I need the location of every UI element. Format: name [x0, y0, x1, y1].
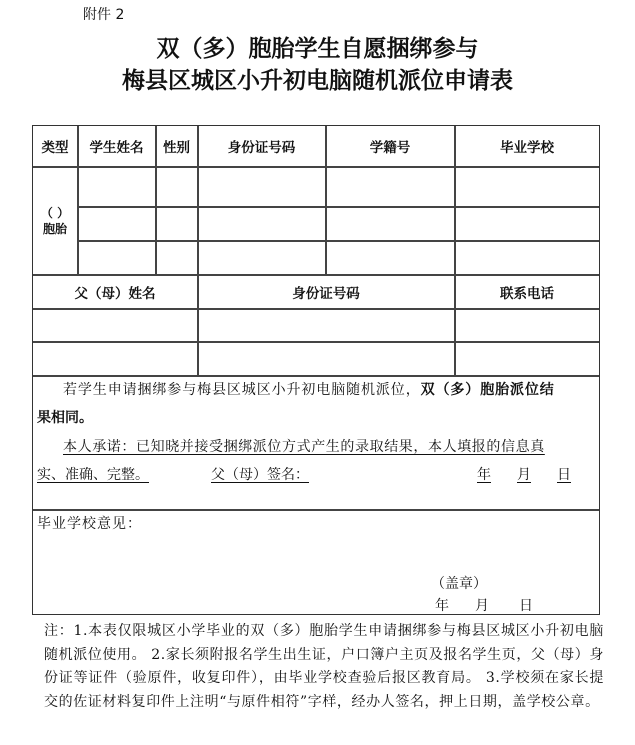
school-opinion-field[interactable] [33, 538, 599, 578]
school-date-day: 日 [519, 598, 533, 614]
student-2-name-field[interactable] [78, 207, 155, 240]
statement-line2: 果相同。 [37, 404, 93, 432]
school-date-year: 年 [435, 598, 449, 614]
col-header-parent-name: 父（母）姓名 [33, 275, 197, 308]
twin-type-blank: （ ） [41, 205, 69, 221]
student-2-id-field[interactable] [198, 207, 325, 240]
col-header-phone: 联系电话 [455, 275, 599, 308]
page-title-line1: 双（多）胞胎学生自愿捆绑参与 [0, 30, 635, 63]
student-3-id-field[interactable] [198, 241, 325, 274]
col-header-school: 毕业学校 [455, 126, 599, 166]
date-year-label: 年 [477, 467, 491, 483]
annex-label: 附件 2 [83, 4, 124, 24]
student-2-student-no-field[interactable] [326, 207, 454, 240]
student-2-school-field[interactable] [455, 207, 599, 240]
student-3-name-field[interactable] [78, 241, 155, 274]
student-1-student-no-field[interactable] [326, 167, 454, 206]
student-1-id-field[interactable] [198, 167, 325, 206]
parent-1-name-field[interactable] [33, 309, 197, 341]
twin-type-label: 胞胎 [43, 221, 67, 237]
parent-2-phone-field[interactable] [455, 342, 599, 375]
statement-line1: 若学生申请捆绑参与梅县区城区小升初电脑随机派位，双（多）胞胎派位结 [63, 376, 603, 404]
parent-2-id-field[interactable] [198, 342, 454, 375]
school-date: 年月日 [435, 592, 533, 620]
student-1-school-field[interactable] [455, 167, 599, 206]
pledge-line1: 本人承诺：已知晓并接受捆绑派位方式产生的录取结果，本人填报的信息真 [63, 433, 545, 461]
school-date-month: 月 [475, 598, 489, 614]
student-1-gender-field[interactable] [156, 167, 197, 206]
date-month-label: 月 [517, 467, 531, 483]
signature-label: 父（母）签名： [211, 467, 309, 483]
parent-2-name-field[interactable] [33, 342, 197, 375]
pledge-end-text: 实、准确、完整。 [37, 467, 149, 483]
pledge-line2: 实、准确、完整。父（母）签名：年月日 [37, 461, 593, 489]
student-3-student-no-field[interactable] [326, 241, 454, 274]
parent-1-phone-field[interactable] [455, 309, 599, 341]
footnotes: 注：1.本表仅限城区小学毕业的双（多）胞胎学生申请捆绑参与梅县区城区小升初电脑随… [44, 620, 604, 714]
student-3-school-field[interactable] [455, 241, 599, 274]
twin-type-cell[interactable]: （ ） 胞胎 [33, 167, 77, 274]
student-1-name-field[interactable] [78, 167, 155, 206]
student-2-gender-field[interactable] [156, 207, 197, 240]
col-header-student-name: 学生姓名 [78, 126, 155, 166]
col-header-student-no: 学籍号 [326, 126, 454, 166]
col-header-gender: 性别 [156, 126, 197, 166]
statement-bold-text: 双（多）胞胎派位结 [421, 382, 555, 398]
application-form-table: 类型 学生姓名 性别 身份证号码 学籍号 毕业学校 （ ） 胞胎 父（母）姓名 … [32, 125, 600, 615]
page-title-line2: 梅县区城区小升初电脑随机派位申请表 [0, 62, 635, 95]
parent-1-id-field[interactable] [198, 309, 454, 341]
statement-text: 若学生申请捆绑参与梅县区城区小升初电脑随机派位， [63, 382, 421, 398]
col-header-type: 类型 [33, 126, 77, 166]
col-header-parent-id: 身份证号码 [198, 275, 454, 308]
col-header-id-number: 身份证号码 [198, 126, 325, 166]
student-3-gender-field[interactable] [156, 241, 197, 274]
school-opinion-label: 毕业学校意见： [37, 510, 142, 538]
date-day-label: 日 [557, 467, 571, 483]
